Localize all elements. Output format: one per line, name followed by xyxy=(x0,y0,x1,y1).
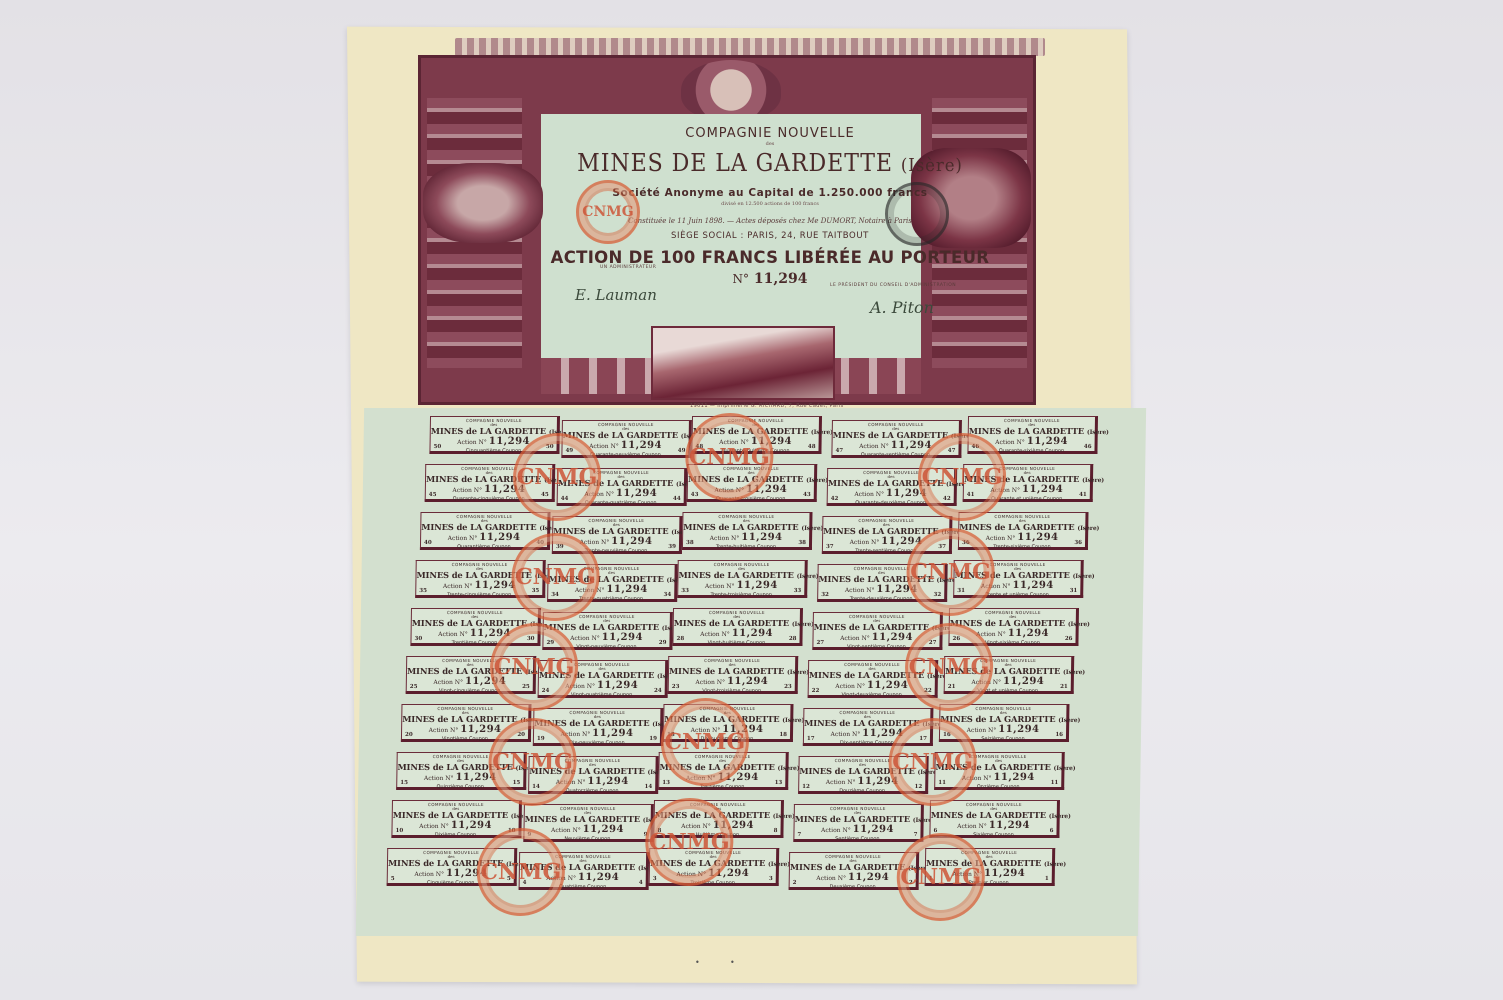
coupon-action-prefix: Action N° xyxy=(840,635,870,642)
coupon-mines-text: MINES de LA GARDETTE xyxy=(959,522,1074,532)
coupon-index-right: 41 xyxy=(1079,492,1087,498)
coupon-label: Quarante-troisième Coupon xyxy=(688,496,814,502)
coupon-region: (Isère) xyxy=(801,525,823,532)
punch-mark: • xyxy=(695,958,700,967)
coupon-number: 11,294 xyxy=(611,536,652,547)
coupon-number: 11,294 xyxy=(606,584,647,595)
coupon-number: 11,294 xyxy=(984,868,1025,879)
coupon-action-prefix: Action N° xyxy=(831,731,861,738)
coupon-action-prefix: Action N° xyxy=(826,779,856,786)
valley-landscape-vignette xyxy=(651,326,835,400)
coupon-index-left: 2 xyxy=(793,880,797,886)
coupon-action-prefix: Action N° xyxy=(695,679,725,686)
coupon-number: 11,294 xyxy=(891,440,932,451)
coupon-index-right: 31 xyxy=(1070,588,1078,594)
coupon-region: (Isère) xyxy=(778,765,800,772)
coupon-mines-text: MINES de LA GARDETTE xyxy=(969,426,1084,436)
coupon-mines-text: MINES de LA GARDETTE xyxy=(674,618,789,628)
coupon-number: 11,294 xyxy=(616,488,657,499)
coupon-seal-stamp: CNMG xyxy=(512,433,601,521)
coupon-index-right: 44 xyxy=(673,496,681,502)
coupon-index-right: 6 xyxy=(1050,828,1054,834)
coupon-index-left: 43 xyxy=(691,492,699,498)
coupon: COMPAGNIE NOUVELLEdesMINES de LA GARDETT… xyxy=(793,804,924,842)
coupon-region: (Isère) xyxy=(1068,621,1090,628)
coupon-number: 11,294 xyxy=(1012,580,1053,591)
coupon-index-left: 25 xyxy=(410,684,418,690)
coupon-index-right: 19 xyxy=(649,736,657,742)
coupon-number: 11,294 xyxy=(592,728,633,739)
coupon-action-prefix: Action N° xyxy=(443,583,473,590)
coupon-mines-text: MINES de LA GARDETTE xyxy=(683,522,798,532)
punch-mark: • xyxy=(730,958,735,967)
coupon-index-left: 47 xyxy=(835,448,843,454)
coupon-index-right: 11 xyxy=(1051,780,1059,786)
coupon-action-prefix: Action N° xyxy=(854,491,884,498)
coupon-index-left: 12 xyxy=(802,784,810,790)
coupon-index-left: 32 xyxy=(821,592,829,598)
coupon-number: 11,294 xyxy=(578,872,619,883)
company-name-main: MINES DE LA GARDETTE xyxy=(577,149,893,177)
coupon: COMPAGNIE NOUVELLEdesMINES de LA GARDETT… xyxy=(929,800,1060,838)
coupon-mines-text: MINES de LA GARDETTE xyxy=(544,622,659,632)
coupon-action-prefix: Action N° xyxy=(700,631,730,638)
coupon-index-left: 13 xyxy=(662,780,670,786)
coupon-mines-text: MINES de LA GARDETTE xyxy=(669,666,784,676)
coupon-seal-stamp: CNMG xyxy=(476,828,565,916)
coupon-seal-stamp: CNMG xyxy=(511,533,600,621)
coupon: COMPAGNIE NOUVELLEdesMINES de LA GARDETT… xyxy=(677,560,808,598)
coupon-region: (Isère) xyxy=(806,477,828,484)
coupon-index-left: 37 xyxy=(826,544,834,550)
coupon-index-left: 10 xyxy=(395,828,403,834)
coupon-number: 11,294 xyxy=(474,580,515,591)
coupon: COMPAGNIE NOUVELLEdesMINES de LA GARDETT… xyxy=(668,656,799,694)
coupon-index-left: 33 xyxy=(681,588,689,594)
coupon-action-prefix: Action N° xyxy=(957,823,987,830)
coupon-region: (Isère) xyxy=(1044,861,1066,868)
coupon-region: (Isère) xyxy=(1077,525,1099,532)
coupon-region: (Isère) xyxy=(811,429,833,436)
des-line: des xyxy=(540,141,1000,147)
coupon-region: (Isère) xyxy=(773,813,795,820)
coupon-number: 11,294 xyxy=(479,532,520,543)
coupon-index-right: 21 xyxy=(1060,684,1068,690)
coupon-mines-text: MINES de LA GARDETTE xyxy=(823,526,938,536)
coupon-number: 11,294 xyxy=(732,628,773,639)
coupon-index-right: 18 xyxy=(779,732,787,738)
coupon-label: Vingt-troisième Coupon xyxy=(669,688,795,694)
coupon-action-prefix: Action N° xyxy=(551,827,581,834)
coupon-index-right: 13 xyxy=(775,780,783,786)
coupon-number: 11,294 xyxy=(1022,484,1063,495)
coupon-action-prefix: Action N° xyxy=(821,827,851,834)
coupon-action-prefix: Action N° xyxy=(705,583,735,590)
coupon-index-right: 26 xyxy=(1065,636,1073,642)
coupon-number: 11,294 xyxy=(597,680,638,691)
coupon-mines-text: MINES de LA GARDETTE xyxy=(412,618,527,628)
coupon-index-left: 45 xyxy=(429,492,437,498)
coupon-number: 11,294 xyxy=(1003,676,1044,687)
coupon-mines-text: MINES de LA GARDETTE xyxy=(940,714,1055,724)
company-region: (Isère) xyxy=(901,155,963,176)
coupon-index-left: 23 xyxy=(672,684,680,690)
coupon-region: (Isère) xyxy=(1054,765,1076,772)
coupon-action-prefix: Action N° xyxy=(995,439,1025,446)
coupon-index-left: 30 xyxy=(414,636,422,642)
coupon-action: Action N° 11,294 xyxy=(674,629,800,640)
coupon-mines-text: MINES de LA GARDETTE xyxy=(431,426,546,436)
company-line: COMPAGNIE NOUVELLE xyxy=(540,126,1000,141)
coupon-index-right: 16 xyxy=(1055,732,1063,738)
coupon-index-right: 33 xyxy=(794,588,802,594)
number-value: 11,294 xyxy=(754,271,808,287)
coupon-number: 11,294 xyxy=(451,820,492,831)
coupon-seal-stamp: CNMG xyxy=(906,528,995,616)
coupon-number: 11,294 xyxy=(998,724,1039,735)
coupon-mines-text: MINES de LA GARDETTE xyxy=(795,814,910,824)
coupon-action-prefix: Action N° xyxy=(457,439,487,446)
coupon-action-prefix: Action N° xyxy=(438,631,468,638)
coupon-index-left: 35 xyxy=(419,588,427,594)
coupon-index-left: 22 xyxy=(812,688,820,694)
coupon-action-prefix: Action N° xyxy=(452,487,482,494)
coupon-action: Action N° 11,294 xyxy=(392,821,518,832)
coupon: COMPAGNIE NOUVELLEdesMINES de LA GARDETT… xyxy=(672,608,803,646)
coupon-region: (Isère) xyxy=(1082,477,1104,484)
coupon-index-left: 5 xyxy=(391,876,395,882)
company-seal-stamp: CNMG xyxy=(576,180,640,244)
coupon-number: 11,294 xyxy=(727,676,768,687)
coupon-action: Action N° 11,294 xyxy=(683,533,809,544)
coupon-mines-text: MINES de LA GARDETTE xyxy=(525,814,640,824)
coupon-index-left: 50 xyxy=(433,444,441,450)
coupon-action-prefix: Action N° xyxy=(570,635,600,642)
decorative-top-band xyxy=(455,38,1045,56)
coupon-action: Action N° 11,294 xyxy=(930,821,1056,832)
coupon-index-right: 43 xyxy=(803,492,811,498)
coupon-index-right: 8 xyxy=(774,828,778,834)
coupon-region: (Isère) xyxy=(1073,573,1095,580)
coupon-region: (Isère) xyxy=(1049,813,1071,820)
crest-medallion xyxy=(681,60,781,120)
coupon-label: Trente-troisième Coupon xyxy=(678,592,804,598)
coupon-number: 11,294 xyxy=(853,824,894,835)
coupon-index-left: 28 xyxy=(676,636,684,642)
signature-right: A. Piton xyxy=(870,298,934,317)
coupon-index-right: 48 xyxy=(808,444,816,450)
coupon-sheet: COMPAGNIE NOUVELLEdesMINES de LA GARDETT… xyxy=(356,408,1146,936)
coupon-seal-stamp: CNMG xyxy=(904,623,993,711)
signature-right-label: LE PRÉSIDENT DU CONSEIL D'ADMINISTRATION xyxy=(830,283,956,288)
coupon-action: Action N° 11,294 xyxy=(794,825,920,836)
coupon-index-left: 3 xyxy=(653,876,657,882)
coupon-region: (Isère) xyxy=(797,573,819,580)
coupon-mines-text: MINES de LA GARDETTE xyxy=(421,522,536,532)
coupon-index-right: 36 xyxy=(1074,540,1082,546)
coupon-number: 11,294 xyxy=(460,724,501,735)
coupon-seal-stamp: CNMG xyxy=(896,833,985,921)
coupon-number: 11,294 xyxy=(867,680,908,691)
coupon-index-right: 3 xyxy=(769,876,773,882)
coupon-region: (Isère) xyxy=(1063,669,1085,676)
coupon-region: (Isère) xyxy=(792,621,814,628)
coupon-action-prefix: Action N° xyxy=(859,443,889,450)
coupon-number: 11,294 xyxy=(1017,532,1058,543)
coupon-seal-stamp: CNMG xyxy=(917,433,1006,521)
coupon-label: Vingt-huitième Coupon xyxy=(673,640,799,646)
coupon-mines-text: MINES de LA GARDETTE xyxy=(393,810,508,820)
coupon-region: (Isère) xyxy=(768,861,790,868)
coupon-index-right: 28 xyxy=(789,636,797,642)
coupon-index-right: 4 xyxy=(639,880,643,886)
coupon-number: 11,294 xyxy=(1008,628,1049,639)
coupon-action-prefix: Action N° xyxy=(845,587,875,594)
coupon-index-right: 7 xyxy=(914,832,918,838)
coupon-index-right: 14 xyxy=(644,784,652,790)
coupon-index-right: 49 xyxy=(678,448,686,454)
mining-vignette-left xyxy=(423,163,543,243)
coupon-index-right: 29 xyxy=(659,640,667,646)
coupon-mines-text: MINES de LA GARDETTE xyxy=(790,862,905,872)
coupon-mines-text: MINES de LA GARDETTE xyxy=(833,430,948,440)
coupon-region: (Isère) xyxy=(782,717,804,724)
coupon-action-prefix: Action N° xyxy=(967,727,997,734)
coupon-label: Treizième Coupon xyxy=(659,784,785,790)
coupon-index-right: 39 xyxy=(668,544,676,550)
coupon-index-right: 38 xyxy=(798,540,806,546)
coupon-action: Action N° 11,294 xyxy=(669,677,795,688)
coupon-region: (Isère) xyxy=(1058,717,1080,724)
coupon-action-prefix: Action N° xyxy=(433,679,463,686)
coupon-number: 11,294 xyxy=(602,632,643,643)
coupon-label: Trente-huitième Coupon xyxy=(683,544,809,550)
tax-stamp xyxy=(885,182,949,246)
signature-left: E. Lauman xyxy=(575,286,657,304)
coupon-seal-stamp: CNMG xyxy=(888,718,977,806)
coupon-action-prefix: Action N° xyxy=(429,727,459,734)
coupon-label: Septième Coupon xyxy=(794,836,920,842)
signature-left-label: UN ADMINISTRATEUR xyxy=(600,265,656,270)
coupon-index-left: 42 xyxy=(831,496,839,502)
number-prefix: N° xyxy=(733,272,750,286)
coupon-index-left: 20 xyxy=(405,732,413,738)
coupon-number: 11,294 xyxy=(621,440,662,451)
coupon-index-left: 17 xyxy=(807,736,815,742)
coupon-index-right: 24 xyxy=(654,688,662,694)
coupon-action: Action N° 11,294 xyxy=(678,581,804,592)
coupon-action-prefix: Action N° xyxy=(850,539,880,546)
coupon-number: 11,294 xyxy=(1027,436,1068,447)
coupon-action-prefix: Action N° xyxy=(424,775,454,782)
coupon-action-prefix: Action N° xyxy=(710,535,740,542)
coupon-mines-text: MINES de LA GARDETTE xyxy=(814,622,929,632)
coupon-number: 11,294 xyxy=(989,820,1030,831)
coupon-region: (Isère) xyxy=(787,669,809,676)
coupon-mines-text: MINES de LA GARDETTE xyxy=(804,718,919,728)
coupon-index-left: 40 xyxy=(424,540,432,546)
coupon-number: 11,294 xyxy=(583,824,624,835)
coupon: COMPAGNIE NOUVELLEdesMINES de LA GARDETT… xyxy=(682,512,813,550)
coupon-index-left: 7 xyxy=(797,832,801,838)
coupon-action-prefix: Action N° xyxy=(816,875,846,882)
coupon-mines-text: MINES de LA GARDETTE xyxy=(931,810,1046,820)
coupon-index-right: 46 xyxy=(1084,444,1092,450)
coupon-action-prefix: Action N° xyxy=(835,683,865,690)
coupon-mines-text: MINES de LA GARDETTE xyxy=(402,714,517,724)
coupon-index-right: 34 xyxy=(664,592,672,598)
coupon-action-prefix: Action N° xyxy=(448,535,478,542)
coupon-number: 11,294 xyxy=(741,532,782,543)
coupon-number: 11,294 xyxy=(489,436,530,447)
coupon-index-left: 38 xyxy=(686,540,694,546)
coupon-region: (Isère) xyxy=(1087,429,1109,436)
company-name: MINES DE LA GARDETTE (Isère) xyxy=(558,149,981,177)
coupon-number: 11,294 xyxy=(848,872,889,883)
coupon-action-prefix: Action N° xyxy=(986,535,1016,542)
coupon-index-right: 23 xyxy=(784,684,792,690)
coupon-mines-text: MINES de LA GARDETTE xyxy=(678,570,793,580)
coupon-number: 11,294 xyxy=(872,632,913,643)
coupon-action-prefix: Action N° xyxy=(589,443,619,450)
coupon-index-left: 27 xyxy=(816,640,824,646)
coupon-number: 11,294 xyxy=(736,580,777,591)
coupon-number: 11,294 xyxy=(993,772,1034,783)
coupon-number: 11,294 xyxy=(587,776,628,787)
coupon-index-left: 15 xyxy=(400,780,408,786)
coupon-action-prefix: Action N° xyxy=(419,823,449,830)
coupon-index-right: 1 xyxy=(1045,876,1049,882)
coupon-action-prefix: Action N° xyxy=(414,871,444,878)
